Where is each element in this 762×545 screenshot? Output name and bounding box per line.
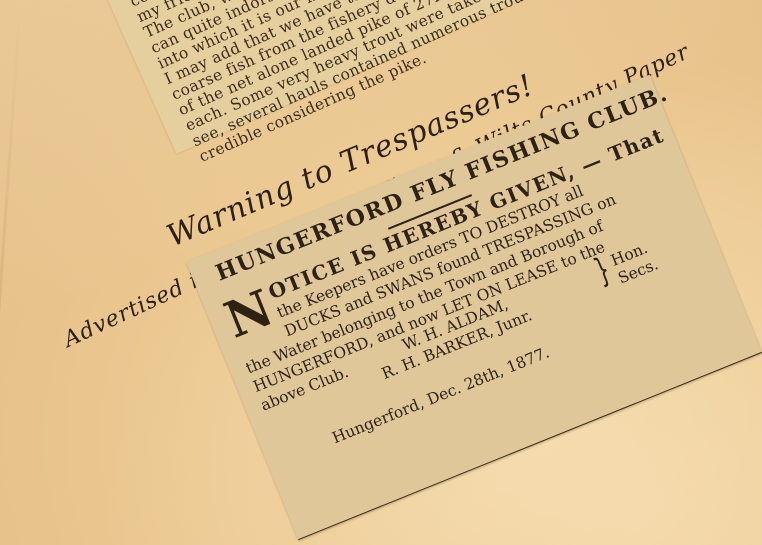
page-edge: [0, 0, 22, 545]
scrapbook-page: Hungerford, and ... conclusion, when I .…: [0, 0, 762, 545]
main-newspaper-clipping: HUNGERFORD FLY FISHING CLUB. N OTICE IS …: [186, 75, 762, 540]
